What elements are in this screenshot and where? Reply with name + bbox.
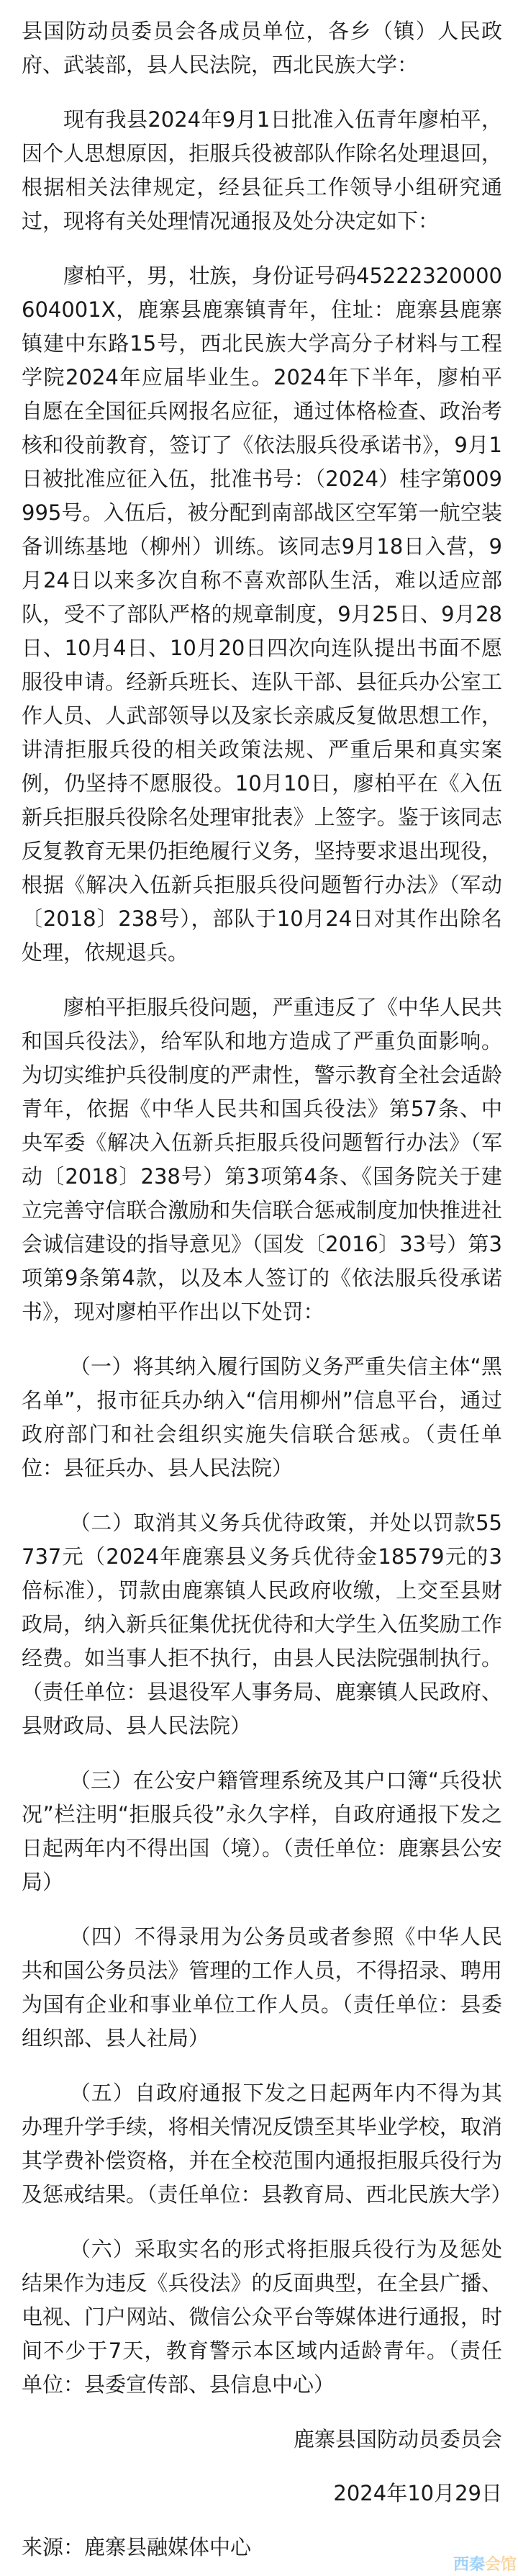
penalty-item: （六）采取实名的形式将拒服兵役行为及惩处结果作为违反《兵役法》的反面典型，在全县… <box>22 2233 502 2402</box>
intro-paragraph: 现有我县2024年9月1日批准入伍青年廖柏平，因个人思想原因，拒服兵役被部队作除… <box>22 103 502 238</box>
date: 2024年10月29日 <box>22 2477 502 2510</box>
watermark-logo: 西秦会馆 <box>453 2552 517 2575</box>
penalty-item: （四）不得录用为公务员或者参照《中华人民共和国公务员法》管理的工作人员，不得招录… <box>22 1920 502 2055</box>
signature: 鹿寨县国防动员委员会 <box>22 2423 502 2456</box>
facts-paragraph: 廖柏平，男，壮族，身份证号码45222320000604001X，鹿寨县鹿寨镇青… <box>22 259 502 970</box>
penalty-item: （二）取消其义务兵优待政策，并处以罚款55737元（2024年鹿寨县义务兵优待金… <box>22 1506 502 1743</box>
article-body: 县国防动员委员会各成员单位，各乡（镇）人民政府、武装部，县人民法院，西北民族大学… <box>0 0 518 2564</box>
source-line: 来源：鹿寨县融媒体中心 <box>22 2531 502 2564</box>
penalty-item: （五）自政府通报下发之日起两年内不得为其办理升学手续，将相关情况反馈至其毕业学校… <box>22 2076 502 2212</box>
basis-paragraph: 廖柏平拒服兵役问题，严重违反了《中华人民共和国兵役法》，给军队和地方造成了严重负… <box>22 991 502 1329</box>
watermark-part1: 西秦 <box>453 2556 485 2574</box>
penalty-item: （一）将其纳入履行国防义务严重失信主体“黑名单”，报市征兵办纳入“信用柳州”信息… <box>22 1350 502 1485</box>
salutation: 县国防动员委员会各成员单位，各乡（镇）人民政府、武装部，县人民法院，西北民族大学… <box>22 14 502 82</box>
penalty-item: （三）在公安户籍管理系统及其户口簿“兵役状况”栏注明“拒服兵役”永久字样，自政府… <box>22 1764 502 1899</box>
watermark-part2: 会馆 <box>485 2556 517 2574</box>
